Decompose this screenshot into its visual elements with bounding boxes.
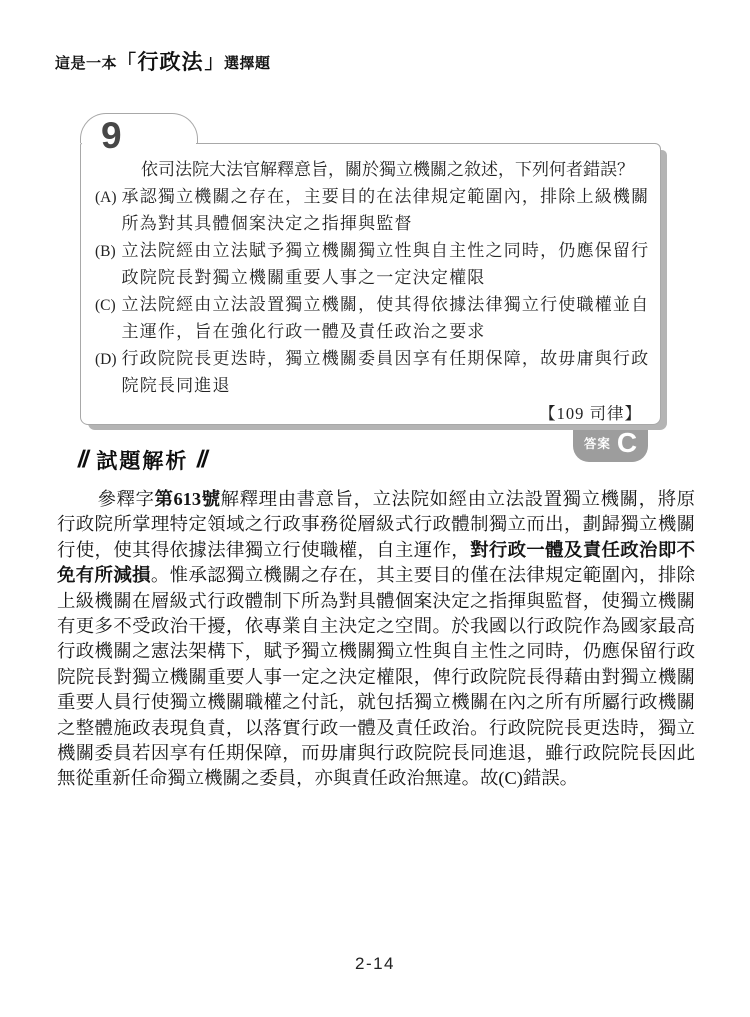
answer-badge-value: C [617,429,637,457]
analysis-part2-bold: 第613號 [154,489,220,509]
analysis-heading-text: 試題解析 [96,445,188,475]
option-d-text: 行政院院長更迭時，獨立機關委員因享有任期保障，故毋庸與行政院院長同進退 [122,349,650,396]
option-c-text: 立法院經由立法設置獨立機關，使其得依據法律獨立行使職權並自主運作，旨在強化行政一… [122,295,650,342]
analysis-heading: // 試題解析 // [78,445,207,475]
heading-slash-left: // [76,446,89,474]
option-a-text: 承認獨立機關之存在，主要目的在法律規定範圍內，排除上級機關所為對其具體個案決定之… [122,187,650,234]
option-d-label: (D) [95,347,122,374]
option-a-label: (A) [95,185,122,212]
option-c-label: (C) [95,293,122,320]
running-head-bracket-open: 「 [117,53,137,72]
option-b-label: (B) [95,239,122,266]
running-head-book-title: 行政法 [137,52,205,73]
running-head: 這是一本「行政法」選擇題 [55,52,271,73]
question-option-d: (D)行政院院長更迭時，獨立機關委員因享有任期保障，故毋庸與行政院院長同進退 [95,346,650,400]
analysis-part5: 。惟承認獨立機關之存在，其主要目的僅在法律規定範圍內，排除上級機關在層級式行政體… [57,565,695,788]
question-option-a: (A)承認獨立機關之存在，主要目的在法律規定範圍內，排除上級機關所為對其具體個案… [95,184,650,238]
option-b-text: 立法院經由立法賦予獨立機關獨立性與自主性之同時，仍應保留行政院院長對獨立機關重要… [122,241,650,288]
running-head-suffix: 選擇題 [224,52,271,73]
analysis-paragraph: 參釋字第613號解釋理由書意旨，立法院如經由立法設置獨立機關，將原行政院所掌理特… [57,487,695,792]
running-head-bracket-close: 」 [205,53,225,72]
page-number: 2-14 [0,954,750,974]
answer-badge: 答案 C [573,424,648,462]
analysis-body: 參釋字第613號解釋理由書意旨，立法院如經由立法設置獨立機關，將原行政院所掌理特… [57,487,695,792]
question-body: 依司法院大法官解釋意旨，關於獨立機關之敘述，下列何者錯誤？ (A)承認獨立機關之… [80,143,661,425]
analysis-part1: 參釋字 [97,489,154,509]
question-stem: 依司法院大法官解釋意旨，關於獨立機關之敘述，下列何者錯誤？ [95,157,650,184]
exam-source-tag: 【109 司律】 [95,401,650,428]
answer-badge-label: 答案 [584,434,611,452]
question-option-b: (B)立法院經由立法賦予獨立機關獨立性與自主性之同時，仍應保留行政院院長對獨立機… [95,238,650,292]
question-number-tab [80,113,198,143]
question-option-c: (C)立法院經由立法設置獨立機關，使其得依據法律獨立行使職權並自主運作，旨在強化… [95,292,650,346]
running-head-prefix: 這是一本 [55,52,117,73]
question-number: 9 [101,117,122,154]
heading-slash-right: // [195,446,208,474]
question-card: 9 依司法院大法官解釋意旨，關於獨立機關之敘述，下列何者錯誤？ (A)承認獨立機… [80,113,661,425]
book-page: 這是一本「行政法」選擇題 9 依司法院大法官解釋意旨，關於獨立機關之敘述，下列何… [0,0,750,1017]
